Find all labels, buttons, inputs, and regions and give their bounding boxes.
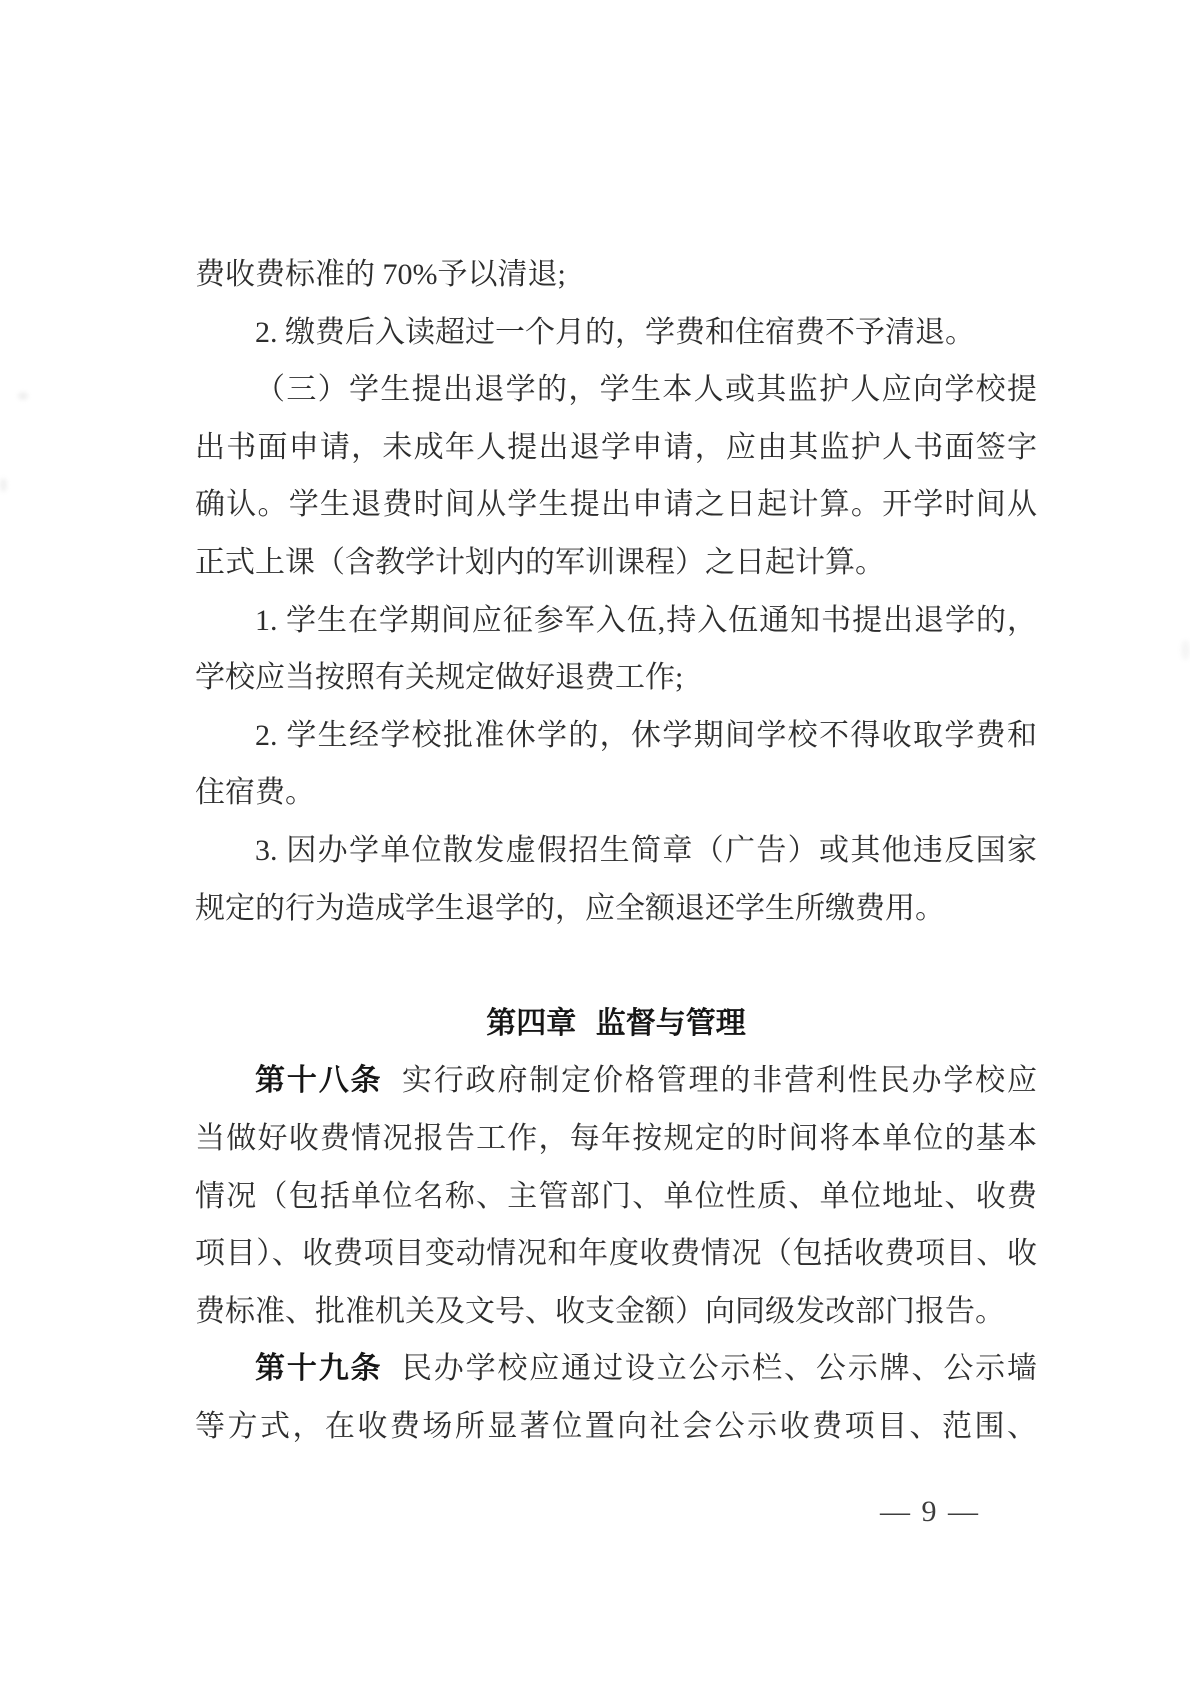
article-term: 第十八条	[255, 1064, 382, 1097]
text-line: 确认。学生退费时间从学生提出申请之日起计算。开学时间从	[195, 476, 1037, 534]
article-text: 实行政府制定价格管理的非营利性民办学校应	[402, 1064, 1037, 1097]
document-page: 费收费标准的 70%予以清退; 2. 缴费后入读超过一个月的，学费和住宿费不予清…	[0, 0, 1190, 1684]
text-line: 费收费标准的 70%予以清退;	[195, 246, 1037, 304]
text-line: 正式上课（含教学计划内的军训课程）之日起计算。	[195, 534, 1037, 592]
text-line: 学校应当按照有关规定做好退费工作;	[195, 649, 1037, 707]
text-line: 住宿费。	[195, 764, 1037, 822]
text-line: 2. 缴费后入读超过一个月的，学费和住宿费不予清退。	[195, 304, 1037, 362]
text-line: 第十九条民办学校应通过设立公示栏、公示牌、公示墙	[195, 1340, 1037, 1398]
text-line: 出书面申请，未成年人提出退学申请，应由其监护人书面签字	[195, 419, 1037, 477]
blank-line	[195, 937, 1037, 995]
text-line: 等方式，在收费场所显著位置向社会公示收费项目、范围、	[195, 1398, 1037, 1456]
text-column: 费收费标准的 70%予以清退; 2. 缴费后入读超过一个月的，学费和住宿费不予清…	[195, 246, 1037, 1455]
text-line: 第十八条实行政府制定价格管理的非营利性民办学校应	[195, 1052, 1037, 1110]
text-line: 3. 因办学单位散发虚假招生简章（广告）或其他违反国家	[195, 822, 1037, 880]
text-line: 规定的行为造成学生退学的，应全额退还学生所缴费用。	[195, 880, 1037, 938]
text-line: 费标准、批准机关及文号、收支金额）向同级发改部门报告。	[195, 1283, 1037, 1341]
scan-artifact	[0, 478, 7, 492]
article-text: 民办学校应通过设立公示栏、公示牌、公示墙	[402, 1352, 1037, 1385]
text-line: 1. 学生在学期间应征参军入伍,持入伍通知书提出退学的，	[195, 592, 1037, 650]
chapter-heading: 第四章监督与管理	[195, 995, 1037, 1053]
scan-artifact	[18, 392, 28, 400]
scan-artifact	[1181, 640, 1190, 660]
text-line: 项目）、收费项目变动情况和年度收费情况（包括收费项目、收	[195, 1225, 1037, 1283]
chapter-number: 第四章	[486, 1007, 576, 1040]
text-line: 当做好收费情况报告工作，每年按规定的时间将本单位的基本	[195, 1110, 1037, 1168]
article-term: 第十九条	[255, 1352, 382, 1385]
text-line: 情况（包括单位名称、主管部门、单位性质、单位地址、收费	[195, 1168, 1037, 1226]
page-number: — 9 —	[880, 1484, 980, 1540]
chapter-title: 监督与管理	[596, 1007, 746, 1040]
text-line: 2. 学生经学校批准休学的，休学期间学校不得收取学费和	[195, 707, 1037, 765]
text-line: （三）学生提出退学的，学生本人或其监护人应向学校提	[195, 361, 1037, 419]
